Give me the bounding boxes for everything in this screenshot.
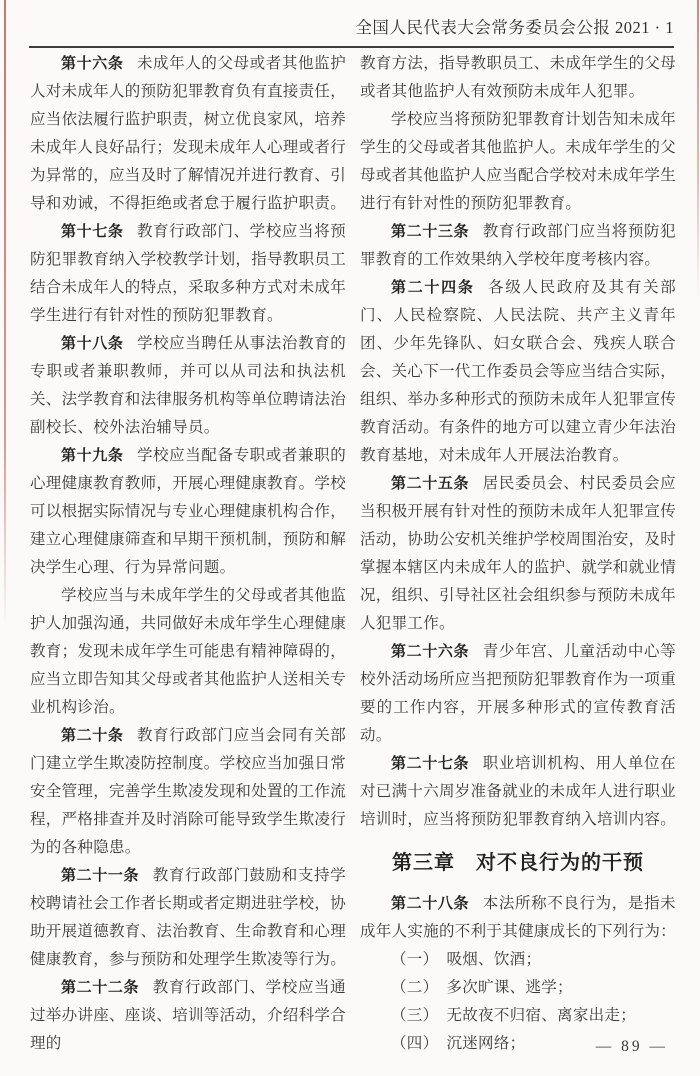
page-header: 全国人民代表大会常务委员会公报 2021 · 1 bbox=[355, 14, 674, 38]
article-number: 第十八条 bbox=[61, 335, 123, 352]
law-paragraph: 学校应当将预防犯罪教育计划告知未成年学生的父母或者其他监护人。未成年学生的父母或… bbox=[360, 106, 676, 218]
law-paragraph: 第二十二条教育行政部门、学校应当通过举办讲座、座谈、培训等活动，介绍科学合理的 bbox=[30, 974, 346, 1058]
article-number: 第二十一条 bbox=[61, 867, 139, 884]
header-rule bbox=[29, 46, 674, 48]
paragraph-text: 学校应当与未成年学生的父母或者其他监护人加强沟通，共同做好未成年学生心理健康教育… bbox=[30, 587, 346, 716]
law-paragraph: 第二十七条职业培训机构、用人单位在对已满十六周岁准备就业的未成年人进行职业培训时… bbox=[360, 750, 676, 834]
paragraph-text: 第三章 对不良行为的干预 bbox=[392, 852, 644, 874]
paragraph-text: 学校应当将预防犯罪教育计划告知未成年学生的父母或者其他监护人。未成年学生的父母或… bbox=[360, 111, 676, 212]
paragraph-text: 各级人民政府及其有关部门、人民检察院、人民法院、共产主义青年团、少年先锋队、妇女… bbox=[360, 279, 676, 464]
right-column: 教育方法，指导教职员工、未成年学生的父母或者其他监护人有效预防未成年人犯罪。学校… bbox=[360, 50, 676, 1058]
article-number: 第二十二条 bbox=[61, 979, 139, 996]
article-number: 第二十七条 bbox=[391, 755, 469, 772]
law-paragraph: 第二十一条教育行政部门鼓励和支持学校聘请社会工作者长期或者定期进驻学校，协助开展… bbox=[30, 862, 346, 974]
law-paragraph: 第十九条学校应当配备专职或者兼职的心理健康教育教师，开展心理健康教育。学校可以根… bbox=[30, 442, 346, 582]
paragraph-text: （四） 沉迷网络； bbox=[391, 1035, 525, 1052]
article-number: 第二十四条 bbox=[391, 279, 475, 296]
law-paragraph: 第十八条学校应当聘任从事法治教育的专职或者兼职教师，并可以从司法和执法机关、法学… bbox=[30, 330, 346, 442]
paragraph-text: （二） 多次旷课、逃学； bbox=[391, 979, 573, 996]
paragraph-text: 学校应当配备专职或者兼职的心理健康教育教师，开展心理健康教育。学校可以根据实际情… bbox=[30, 447, 346, 576]
paragraph-text: （一） 吸烟、饮酒； bbox=[391, 951, 541, 968]
paragraph-text: 教育行政部门应当会同有关部门建立学生欺凌防控制度。学校应当加强日常安全管理，完善… bbox=[30, 727, 346, 856]
paragraph-text: 教育方法，指导教职员工、未成年学生的父母或者其他监护人有效预防未成年人犯罪。 bbox=[360, 55, 676, 100]
article-number: 第十七条 bbox=[61, 223, 123, 240]
right-page-edge-red-line bbox=[697, 0, 699, 300]
law-paragraph: 教育方法，指导教职员工、未成年学生的父母或者其他监护人有效预防未成年人犯罪。 bbox=[360, 50, 676, 106]
page-number: — 89 — bbox=[596, 1038, 668, 1056]
article-number: 第十九条 bbox=[61, 447, 123, 464]
left-column: 第十六条未成年人的父母或者其他监护人对未成年人的预防犯罪教育负有直接责任，应当依… bbox=[30, 50, 346, 1058]
law-paragraph: 第二十三条教育行政部门应当将预防犯罪教育的工作效果纳入学校年度考核内容。 bbox=[360, 218, 676, 274]
article-number: 第二十五条 bbox=[391, 475, 469, 492]
text-columns: 第十六条未成年人的父母或者其他监护人对未成年人的预防犯罪教育负有直接责任，应当依… bbox=[30, 50, 676, 1058]
law-paragraph: 第二十四条各级人民政府及其有关部门、人民检察院、人民法院、共产主义青年团、少年先… bbox=[360, 274, 676, 470]
chapter-heading: 第三章 对不良行为的干预 bbox=[360, 848, 676, 878]
law-paragraph: 第二十五条居民委员会、村民委员会应当积极开展有针对性的预防未成年人犯罪宣传活动，… bbox=[360, 470, 676, 638]
paragraph-text: （三） 无故夜不归宿、离家出走； bbox=[391, 1007, 636, 1024]
law-paragraph: 学校应当与未成年学生的父母或者其他监护人加强沟通，共同做好未成年学生心理健康教育… bbox=[30, 582, 346, 722]
article-number: 第二十六条 bbox=[391, 643, 469, 660]
list-item: （三） 无故夜不归宿、离家出走； bbox=[360, 1002, 676, 1030]
law-paragraph: 第二十条教育行政部门应当会同有关部门建立学生欺凌防控制度。学校应当加强日常安全管… bbox=[30, 722, 346, 862]
law-paragraph: 第十七条教育行政部门、学校应当将预防犯罪教育纳入学校教学计划，指导教职员工结合未… bbox=[30, 218, 346, 330]
article-number: 第二十八条 bbox=[391, 895, 469, 912]
article-number: 第二十三条 bbox=[391, 223, 469, 240]
list-item: （二） 多次旷课、逃学； bbox=[360, 974, 676, 1002]
paragraph-text: 居民委员会、村民委员会应当积极开展有针对性的预防未成年人犯罪宣传活动，协助公安机… bbox=[360, 475, 676, 632]
gazette-title: 全国人民代表大会常务委员会公报 2021 · 1 bbox=[355, 18, 674, 37]
left-page-edge-red-line bbox=[4, 0, 6, 630]
list-item: （一） 吸烟、饮酒； bbox=[360, 946, 676, 974]
law-paragraph: 第二十八条本法所称不良行为，是指未成年人实施的不利于其健康成长的下列行为： bbox=[360, 890, 676, 946]
article-number: 第二十条 bbox=[61, 727, 123, 744]
paragraph-text: 未成年人的父母或者其他监护人对未成年人的预防犯罪教育负有直接责任，应当依法履行监… bbox=[30, 55, 346, 212]
article-number: 第十六条 bbox=[61, 55, 123, 72]
law-paragraph: 第十六条未成年人的父母或者其他监护人对未成年人的预防犯罪教育负有直接责任，应当依… bbox=[30, 50, 346, 218]
gazette-page: 全国人民代表大会常务委员会公报 2021 · 1 第十六条未成年人的父母或者其他… bbox=[0, 0, 700, 1076]
law-paragraph: 第二十六条青少年宫、儿童活动中心等校外活动场所应当把预防犯罪教育作为一项重要的工… bbox=[360, 638, 676, 750]
